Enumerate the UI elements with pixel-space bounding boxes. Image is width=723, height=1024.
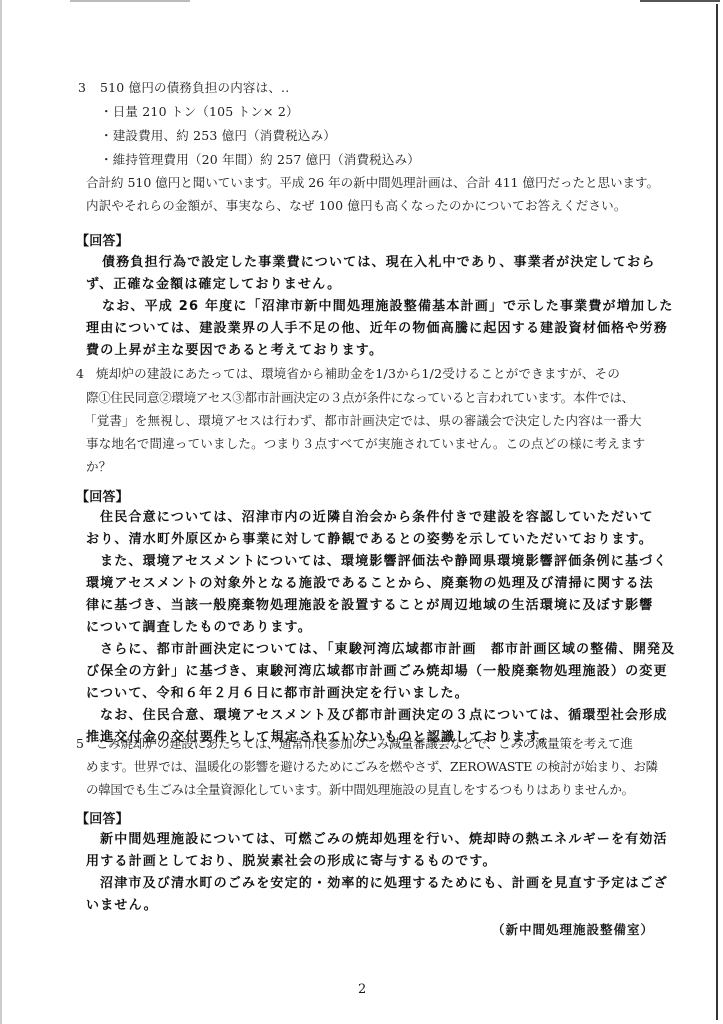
question-bullet: ・維持管理費用（20 年間）約 257 億円（消費税込み）	[100, 152, 420, 168]
answer-line: おり、清水町外原区から事業に対して静観であるとの姿勢を示していただいております。	[86, 532, 653, 548]
answer-line: なお、住民合意、環境アセスメント及び都市計画決定の３点については、循環型社会形成	[100, 708, 668, 724]
answer-line: また、環境アセスメントについては、環境影響評価法や静岡県環境影響評価条例に基づく	[100, 554, 668, 570]
question-number: 4	[76, 366, 84, 382]
scan-edge-top-right	[640, 0, 720, 2]
department-signature: （新中間処理施設整備室）	[492, 920, 654, 938]
question-line: 焼却炉の建設にあたっては、環境省から補助金を1/3から1/2受けることができます…	[96, 366, 620, 382]
question-line: めます。世界では、温暖化の影響を避けるためにごみを燃やさず、ZEROWASTE …	[86, 759, 658, 775]
answer-line: さらに、都市計画決定については、「東駿河湾広域都市計画 都市計画区域の整備、開発…	[100, 642, 675, 658]
scan-edge-left	[0, 0, 2, 1024]
scan-edge-top	[70, 0, 190, 2]
question-line: ごみ焼却炉の建設にあたっては、通常市民参加のごみ減量審議会などで、ごみの減量策を…	[96, 736, 633, 752]
question-bullet: ・日量 210 トン（105 トン× 2）	[100, 104, 299, 120]
question-bullet: ・建設費用、約 253 億円（消費税込み）	[100, 128, 336, 144]
answer-line: 用する計画としており、脱炭素社会の形成に寄与するものです。	[86, 854, 497, 870]
answer-line: 環境アセスメントの対象外となる施設であることから、廃棄物の処理及び清掃に関する法	[86, 576, 654, 592]
answer-line: 債務負担行為で設定した事業費については、現在入札中であり、事業者が決定しておら	[102, 255, 656, 271]
question-line: 「覚書」を無視し、環境アセスは行わず、都市計画決定では、県の審議会で決定した内容…	[84, 413, 642, 429]
answer-line: 新中間処理施設については、可燃ごみの焼却処理を行い、焼却時の熱エネルギーを有効活	[100, 832, 668, 848]
question-line: 510 億円の債務負担の内容は、..	[100, 80, 289, 96]
answer-line: 住民合意については、沼津市内の近隣自治会から条件付きで建設を容認していただいて	[100, 510, 654, 526]
answer-line: 沼津市及び清水町のごみを安定的・効率的に処理するためにも、計画を見直す予定はござ	[100, 876, 668, 892]
answer-line: いません。	[86, 898, 158, 914]
scan-edge-right	[716, 4, 718, 1020]
question-line: の韓国でも生ごみは全量資源化しています。新中間処理施設の見直しをするつもりはあり…	[86, 782, 634, 798]
question-line: 合計約 510 億円と聞いています。平成 26 年の新中間処理計画は、合計 41…	[86, 175, 659, 191]
page-number: 2	[358, 982, 366, 997]
answer-line: び保全の方針」に基づき、東駿河湾広域都市計画ごみ焼却場（一般廃棄物処理施設）の変…	[86, 664, 668, 680]
answer-heading: 【回答】	[76, 234, 129, 250]
question-line: 際①住民同意②環境アセス③都市計画決定の３点が条件になっていると言われています。…	[86, 390, 634, 406]
answer-line: 理由については、建設業界の人手不足の他、近年の物価高騰に起因する建設資材価格や労…	[86, 321, 668, 337]
question-number: 5	[76, 736, 84, 752]
answer-line: ず、正確な金額は確定しておりません。	[86, 277, 341, 293]
question-number: 3	[78, 80, 86, 96]
question-line: か？	[86, 459, 111, 475]
answer-line: 律に基づき、当該一般廃棄物処理施設を設置することが周辺地域の生活環境に及ぼす影響	[86, 598, 653, 614]
question-line: 内訳やそれらの金額が、事実なら、なぜ 100 億円も高くなったのかについてお答え…	[86, 198, 627, 214]
answer-line: について、令和６年２月６日に都市計画決定を行いました。	[86, 686, 469, 702]
answer-line: 費の上昇が主な要因であると考えております。	[86, 343, 383, 359]
answer-heading: 【回答】	[76, 812, 129, 828]
answer-heading: 【回答】	[76, 490, 129, 506]
question-line: 事な地名で間違っていました。つまり３点すべてが実施されていません。この点どの様に…	[86, 436, 645, 452]
answer-line: について調査したものであります。	[86, 620, 312, 636]
answer-line: なお、平成 26 年度に「沼津市新中間処理施設整備基本計画」で示した事業費が増加…	[102, 299, 674, 315]
